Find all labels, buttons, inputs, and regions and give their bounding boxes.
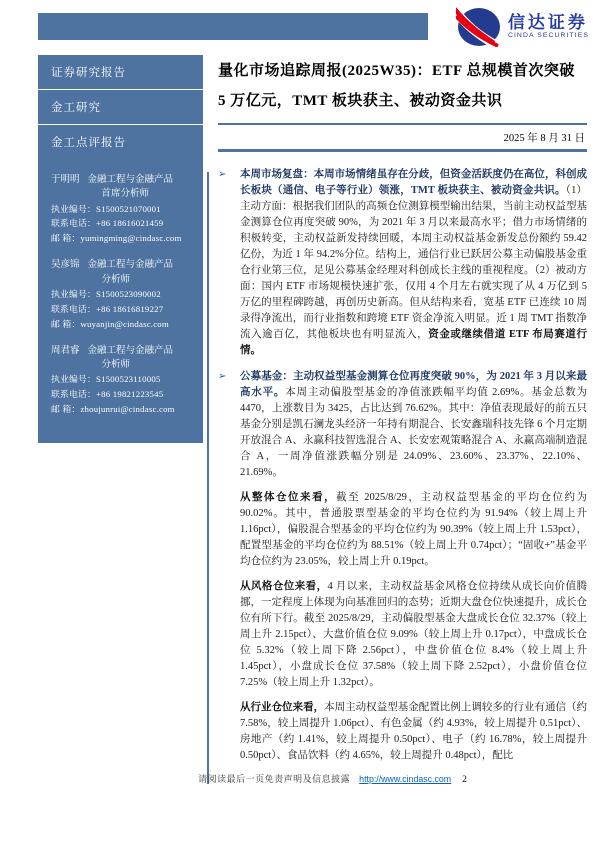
footer-disclaimer: 请阅读最后一页免责声明及信息披露 xyxy=(198,772,350,785)
analyst-name: 于明明 xyxy=(51,173,80,202)
text-segment: 截至 2025/8/29，主动权益型基金的平均仓位约为 90.02%。其中，普通… xyxy=(240,492,587,567)
analyst-block: 吴彦锦金融工程与金融产品分析师执业编号：S1500523090002联系电话：+… xyxy=(51,258,197,331)
analyst-title-line2: 首席分析师 xyxy=(88,187,174,201)
sidebar-item-securities-research-report: 证券研究报告 xyxy=(38,55,203,90)
bullet-list: ➢本周市场复盘：本周市场情绪虽存在分歧，但资金活跃度仍在高位，科创成长板块（通信… xyxy=(218,167,587,764)
analyst-name: 周君睿 xyxy=(51,344,80,373)
analyst-field: 联系电话：+86 18616819227 xyxy=(51,302,197,317)
text-segment: 从风格仓位来看， xyxy=(240,581,328,592)
bullet-paragraph: 从整体仓位来看，截至 2025/8/29，主动权益型基金的平均仓位约为 90.0… xyxy=(240,490,587,570)
date-divider xyxy=(218,149,587,152)
analyst-field: 执业编号：S1500523090002 xyxy=(51,287,197,302)
footer-link[interactable]: http://www.cindasc.com xyxy=(359,774,451,784)
bullet-paragraph: 本周市场复盘：本周市场情绪虽存在分歧，但资金活跃度仍在高位，科创成长板块（通信、… xyxy=(240,167,587,359)
analyst-list: 于明明金融工程与金融产品首席分析师执业编号：S1500521070001联系电话… xyxy=(38,159,203,417)
sidebar-sections: 证券研究报告金工研究金工点评报告 xyxy=(38,55,203,159)
analyst-title: 金融工程与金融产品首席分析师 xyxy=(88,173,174,202)
sidebar-item-quant-review-report: 金工点评报告 xyxy=(38,125,203,159)
logo-swoosh-icon xyxy=(456,7,502,47)
analyst-field: 联系电话：+86 19821223545 xyxy=(51,387,197,402)
analyst-field: 执业编号：S1500521070001 xyxy=(51,202,197,217)
text-segment: （1）主动方面：根据我们团队的高频仓位测算模型输出结果，当前主动权益型基金测算仓… xyxy=(240,185,587,340)
analyst-name-title: 吴彦锦金融工程与金融产品分析师 xyxy=(51,258,197,287)
report-bullet: ➢公募基金：主动权益型基金测算仓位再度突破 90%，为 2021 年 3 月以来… xyxy=(218,369,587,764)
page-title: 量化市场追踪周报(2025W35)：ETF 总规模首次突破 5 万亿元，TMT … xyxy=(218,56,587,116)
header-bar xyxy=(38,13,428,40)
page-footer: 请阅读最后一页免责声明及信息披露 http://www.cindasc.com … xyxy=(0,772,595,785)
text-segment: 4 月以来，主动权益基金风格仓位持续从成长向价值腾挪，一定程度上体现为向基准回归… xyxy=(240,581,587,688)
analyst-block: 于明明金融工程与金融产品首席分析师执业编号：S1500521070001联系电话… xyxy=(51,173,197,246)
analyst-title-line2: 分析师 xyxy=(88,273,174,287)
content-left-rule xyxy=(207,172,209,784)
analyst-field: 执业编号：S1500523110005 xyxy=(51,372,197,387)
logo-text-en: CINDA SECURITIES xyxy=(508,33,589,40)
analyst-field: 邮 箱：zhoujunrui@cindasc.com xyxy=(51,402,197,417)
text-segment: 从整体仓位来看， xyxy=(240,492,336,503)
sidebar-panel: 证券研究报告金工研究金工点评报告 于明明金融工程与金融产品首席分析师执业编号：S… xyxy=(38,55,203,443)
footer-page-number: 2 xyxy=(460,775,467,785)
analyst-title-line2: 分析师 xyxy=(88,358,174,372)
bullet-paragraph: 从行业仓位来看，本周主动权益型基金配置比例上调较多的行业有通信（约 7.58%，… xyxy=(240,700,587,764)
bullet-marker-icon: ➢ xyxy=(218,369,240,764)
bullet-marker-icon: ➢ xyxy=(218,167,240,359)
bullet-body: 本周市场复盘：本周市场情绪虽存在分歧，但资金活跃度仍在高位，科创成长板块（通信、… xyxy=(240,167,587,359)
analyst-name: 吴彦锦 xyxy=(51,258,80,287)
cinda-logo: 信达证券 CINDA SECURITIES xyxy=(456,7,589,47)
report-date: 2025 年 8 月 31 日 xyxy=(218,125,587,149)
analyst-field: 联系电话：+86 18616021459 xyxy=(51,216,197,231)
analyst-name-title: 周君睿金融工程与金融产品分析师 xyxy=(51,344,197,373)
analyst-title: 金融工程与金融产品分析师 xyxy=(88,258,174,287)
text-segment: 本周市场复盘：本周市场情绪虽存在分歧，但资金活跃度仍在高位，科创成长板块（通信、… xyxy=(240,169,587,196)
logo-text-cn: 信达证券 xyxy=(508,14,589,31)
analyst-title-line1: 金融工程与金融产品 xyxy=(88,173,174,187)
bullet-paragraph: 从风格仓位来看，4 月以来，主动权益基金风格仓位持续从成长向价值腾挪，一定程度上… xyxy=(240,579,587,691)
analyst-block: 周君睿金融工程与金融产品分析师执业编号：S1500523110005联系电话：+… xyxy=(51,344,197,417)
main-content: 量化市场追踪周报(2025W35)：ETF 总规模首次突破 5 万亿元，TMT … xyxy=(218,56,587,774)
analyst-field: 邮 箱：wuyanjin@cindasc.com xyxy=(51,317,197,332)
analyst-field: 邮 箱：yumingming@cindasc.com xyxy=(51,231,197,246)
analyst-title-line1: 金融工程与金融产品 xyxy=(88,344,174,358)
bullet-body: 公募基金：主动权益型基金测算仓位再度突破 90%，为 2021 年 3 月以来最… xyxy=(240,369,587,764)
analyst-title-line1: 金融工程与金融产品 xyxy=(88,258,174,272)
bullet-paragraph: 公募基金：主动权益型基金测算仓位再度突破 90%，为 2021 年 3 月以来最… xyxy=(240,369,587,481)
logo-text: 信达证券 CINDA SECURITIES xyxy=(508,14,589,40)
analyst-name-title: 于明明金融工程与金融产品首席分析师 xyxy=(51,173,197,202)
report-bullet: ➢本周市场复盘：本周市场情绪虽存在分歧，但资金活跃度仍在高位，科创成长板块（通信… xyxy=(218,167,587,359)
sidebar-item-quant-research: 金工研究 xyxy=(38,90,203,125)
text-segment: 从行业仓位来看， xyxy=(240,702,324,713)
analyst-title: 金融工程与金融产品分析师 xyxy=(88,344,174,373)
text-segment: 本周主动偏股型基金的净值涨跌幅平均值 2.69%。基金总数为 4470，上涨数目… xyxy=(240,387,587,478)
